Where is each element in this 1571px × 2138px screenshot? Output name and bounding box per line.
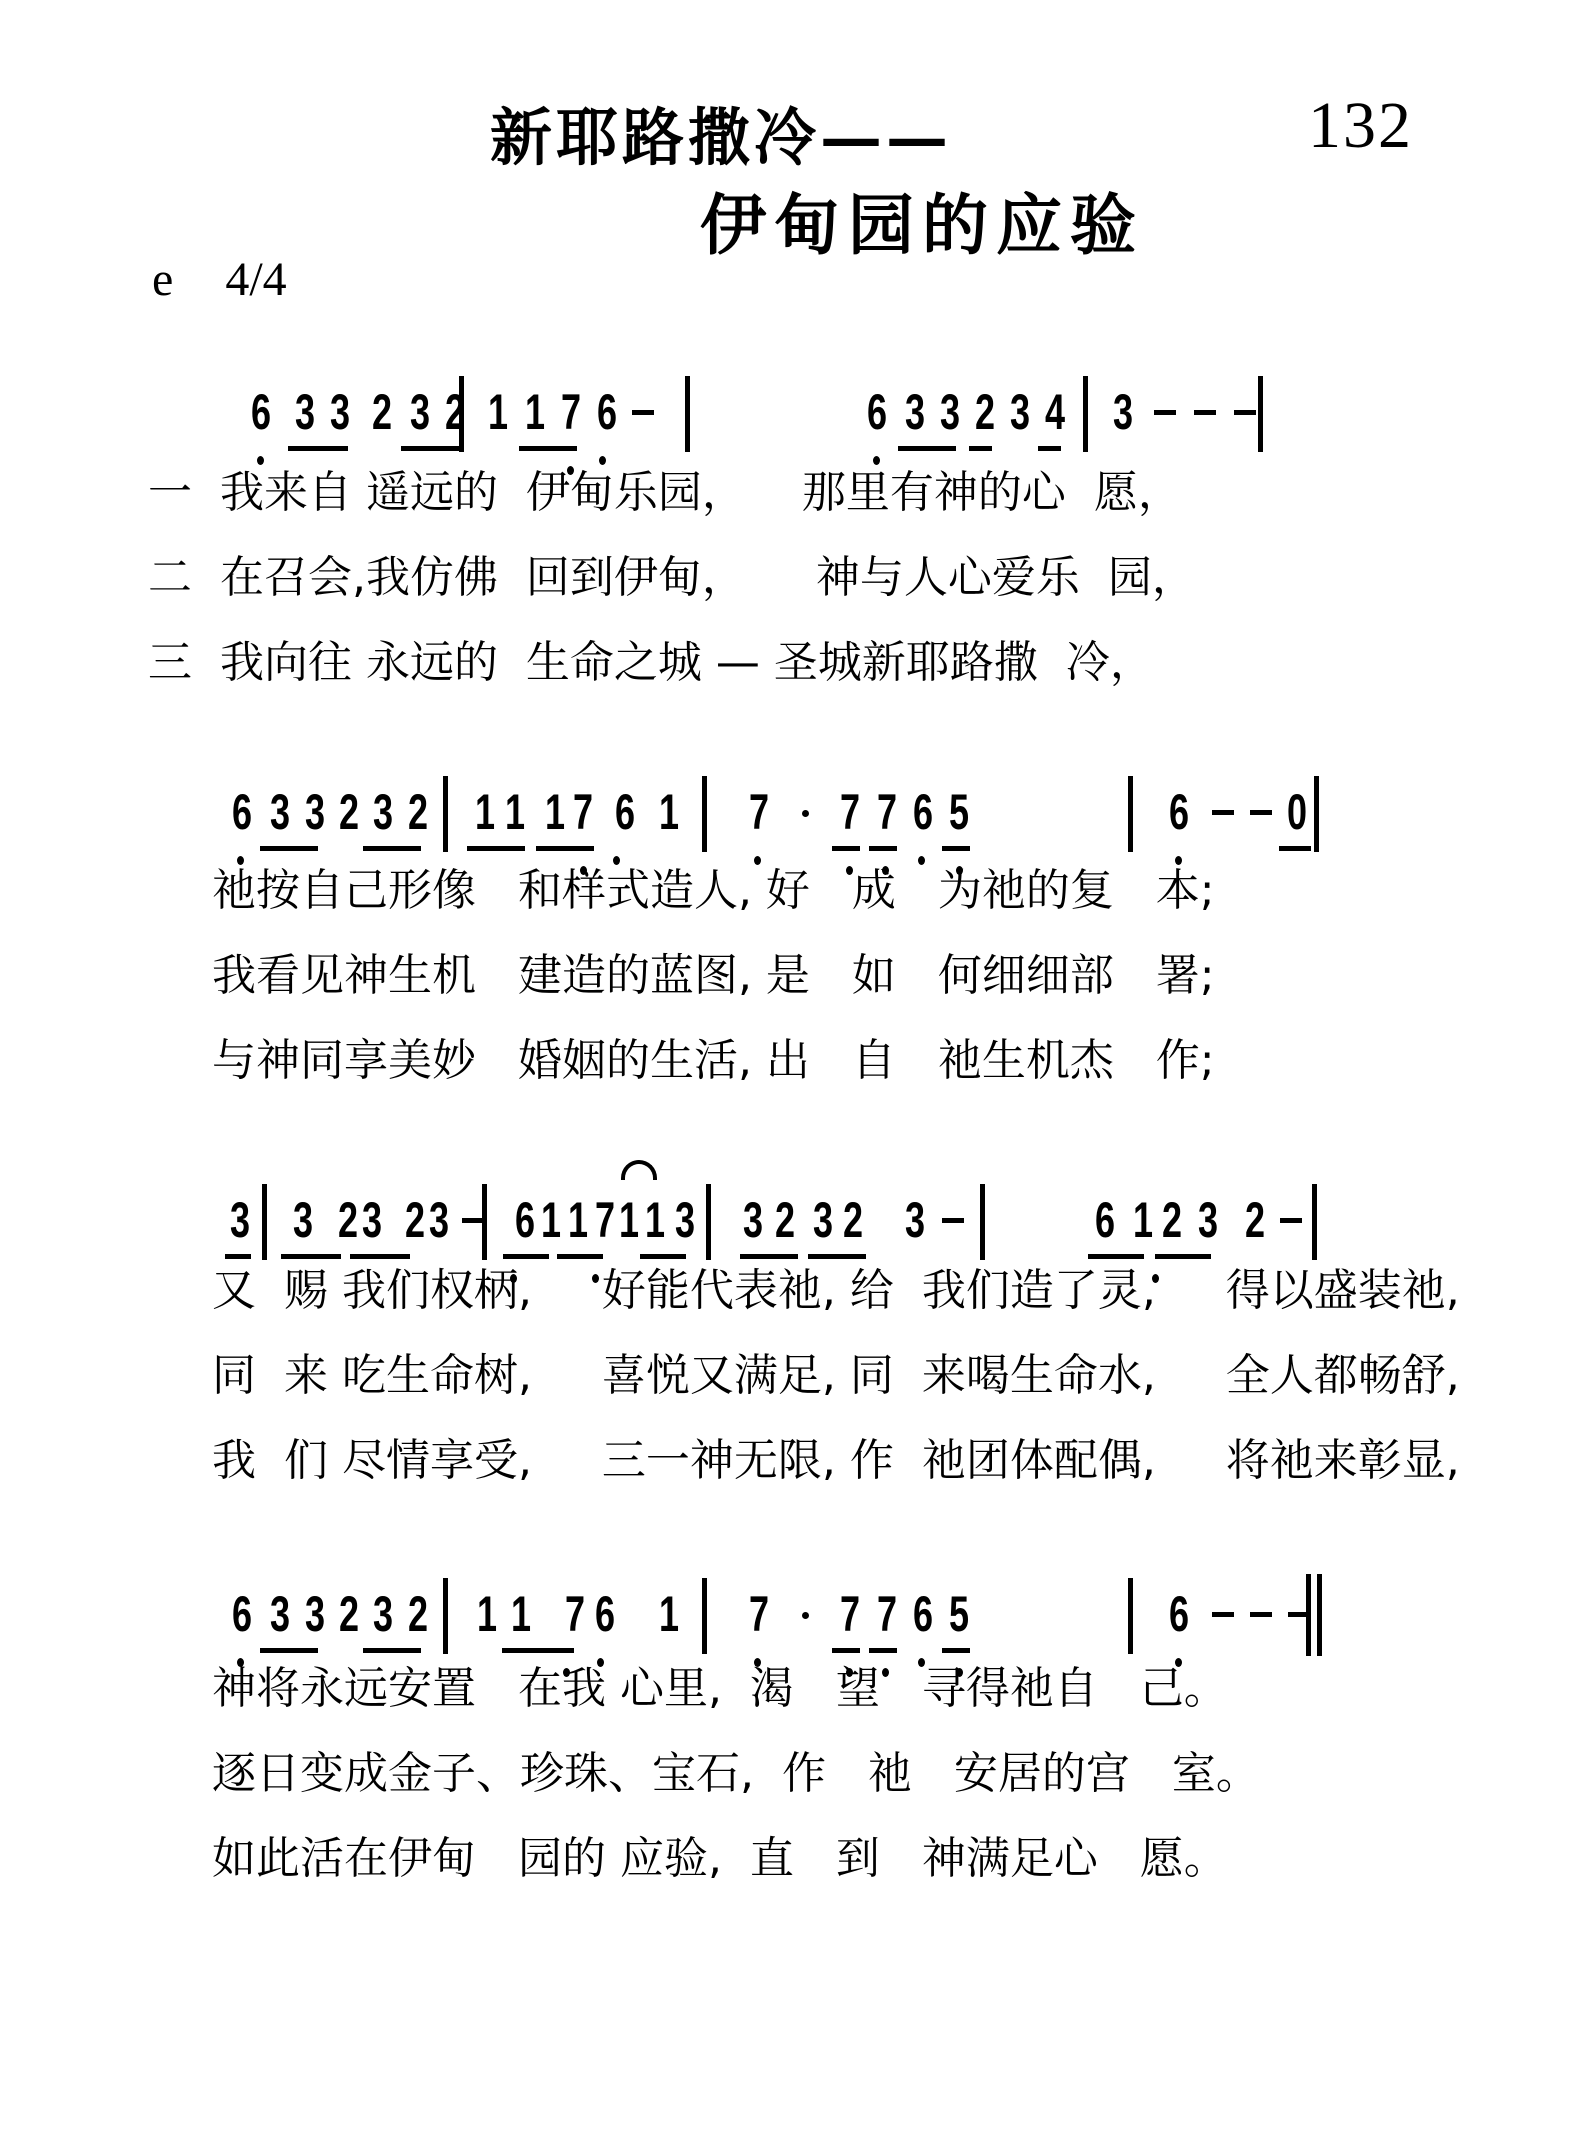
eighth-beam [1279, 846, 1311, 851]
bar-line [1128, 1578, 1133, 1654]
eighth-beam [260, 846, 318, 851]
dash [1208, 782, 1238, 878]
note: 4 [1040, 382, 1070, 478]
low-octave-dot [613, 856, 620, 865]
eighth-beam [225, 1254, 251, 1259]
dash [628, 382, 658, 478]
hymn-number: 132 [1308, 88, 1413, 164]
lyric-verse1-line4: 神将永远安置 在我 心里, 渴 望 寻得祂自 己。 [212, 1664, 1228, 1714]
low-octave-dot [918, 856, 925, 865]
dash [1190, 382, 1220, 478]
low-octave-dot [257, 456, 264, 465]
eighth-beam [467, 846, 525, 851]
eighth-beam [502, 1648, 574, 1653]
note: 1 [654, 782, 684, 878]
note: 5 [944, 782, 974, 878]
eighth-beam [557, 1254, 603, 1259]
notation-system-2: 6 3 3 2 3 2 1 1 1 7 6 1 7 7 7 6 5 6 0 [0, 782, 1571, 878]
eighth-beam [401, 446, 459, 451]
bar-line [262, 1184, 267, 1260]
note: 3 [1108, 382, 1138, 478]
low-octave-dot [237, 856, 244, 865]
eighth-beam [350, 1254, 410, 1259]
eighth-beam [1155, 1254, 1211, 1259]
note: 1 [520, 382, 550, 478]
lyric-verse1-line3: 又 赐 我们权柄, 好能代表祂, 给 我们造了灵, 得以盛装祂, [212, 1266, 1460, 1316]
eighth-beam [808, 1254, 866, 1259]
bar-line [1258, 376, 1263, 452]
key-and-time-signature: e4/4 [152, 252, 287, 307]
note: 2 [334, 782, 364, 878]
eighth-beam [898, 446, 956, 451]
note: 0 [1282, 782, 1312, 878]
hymn-title-line2: 伊甸园的应验 [700, 172, 1144, 267]
bar-line [1128, 776, 1133, 852]
eighth-beam [942, 846, 970, 851]
eighth-beam [288, 446, 348, 451]
bar-line [443, 1578, 448, 1654]
note: 3 [900, 382, 930, 478]
eighth-beam [503, 1254, 549, 1259]
low-octave-dot [599, 456, 606, 465]
note: 7 [568, 782, 598, 878]
note: 3 [1005, 382, 1035, 478]
note: 7 [835, 782, 865, 878]
bar-line [482, 1184, 487, 1260]
note: 1 [470, 782, 500, 878]
low-octave-dot [873, 456, 880, 465]
bar-line [702, 776, 707, 852]
bar-line [1314, 776, 1319, 852]
lyric-verse3-line1: 三 我向往 永远的 生命之城 — 圣城新耶路撒 冷， [148, 638, 1154, 688]
note: 3 [368, 782, 398, 878]
eighth-beam [536, 846, 594, 851]
low-octave-dot [754, 856, 761, 865]
note: 1 [500, 782, 530, 878]
eighth-beam [281, 1254, 341, 1259]
note: 3 [325, 382, 355, 478]
bar-line [685, 376, 690, 452]
note: 2 [367, 382, 397, 478]
eighth-beam [942, 1648, 970, 1653]
note: 1 [483, 382, 513, 478]
note: 2 [970, 382, 1000, 478]
eighth-beam [363, 846, 421, 851]
note: 7 [556, 382, 586, 478]
bar-line [1083, 376, 1088, 452]
key-signature: e [152, 253, 173, 306]
dash [1246, 782, 1276, 878]
lyric-verse3-line2: 与神同享美妙 婚姻的生活, 出 自 祂生机杰 作; [212, 1036, 1215, 1086]
eighth-beam [832, 1648, 860, 1653]
note: 3 [300, 782, 330, 878]
eighth-beam [640, 1254, 686, 1259]
augmentation-dot [790, 782, 820, 878]
note: 1 [540, 782, 570, 878]
note: 7 [872, 782, 902, 878]
note: 2 [440, 382, 470, 478]
lyric-verse2-line4: 逐日变成金子、珍珠、宝石, 作 祂 安居的宫 室。 [212, 1749, 1260, 1799]
final-double-bar-line [1306, 1574, 1322, 1656]
note: 3 [265, 782, 295, 878]
eighth-beam [260, 1648, 318, 1653]
lyric-verse2-line3: 同 来 吃生命树, 喜悦又满足, 同 来喝生命水, 全人都畅舒, [212, 1351, 1460, 1401]
bar-line [702, 1578, 707, 1654]
bar-line [443, 776, 448, 852]
eighth-beam [869, 846, 897, 851]
eighth-beam [519, 446, 577, 451]
eighth-beam [363, 1648, 421, 1653]
note: 2 [403, 782, 433, 878]
dash [1150, 382, 1180, 478]
note: 6 [592, 382, 622, 478]
note: 3 [405, 382, 435, 478]
dash [1246, 1584, 1276, 1680]
low-octave-dot [1175, 856, 1182, 865]
lyric-verse1-line2: 祂按自己形像 和样式造人, 好 成 为祂的复 本; [212, 866, 1215, 916]
hymn-title-line1: 新耶路撒冷—— [490, 88, 952, 177]
lyric-verse3-line4: 如此活在伊甸 园的 应验, 直 到 神满足心 愿。 [212, 1834, 1228, 1884]
eighth-beam [869, 1648, 897, 1653]
bar-line [980, 1184, 985, 1260]
lyric-verse3-line3: 我 们 尽情享受, 三一神无限, 作 祂团体配偶, 将祂来彰显, [212, 1436, 1460, 1486]
fermata-icon [621, 1160, 657, 1180]
note: 3 [290, 382, 320, 478]
note: 3 [935, 382, 965, 478]
bar-line [459, 376, 464, 452]
time-signature: 4/4 [225, 253, 286, 306]
bar-line [706, 1184, 711, 1260]
eighth-beam [1038, 446, 1061, 451]
notation-system-1: 6 3 3 2 3 2 1 1 7 6 6 3 3 2 3 4 3 [0, 382, 1571, 478]
lyric-verse2-line2: 我看见神生机 建造的蓝图, 是 如 何细细部 署; [212, 951, 1215, 1001]
eighth-beam [969, 446, 992, 451]
eighth-beam [740, 1254, 798, 1259]
lyric-verse1-line1: 一 我来自 遥远的 伊甸乐园， 那里有神的心 愿， [148, 468, 1182, 518]
eighth-beam [832, 846, 860, 851]
lyric-verse2-line1: 二 在召会,我仿佛 回到伊甸， 神与人心爱乐 园， [148, 553, 1196, 603]
bar-line [1312, 1184, 1317, 1260]
dash [1230, 382, 1260, 478]
eighth-beam [1088, 1254, 1144, 1259]
